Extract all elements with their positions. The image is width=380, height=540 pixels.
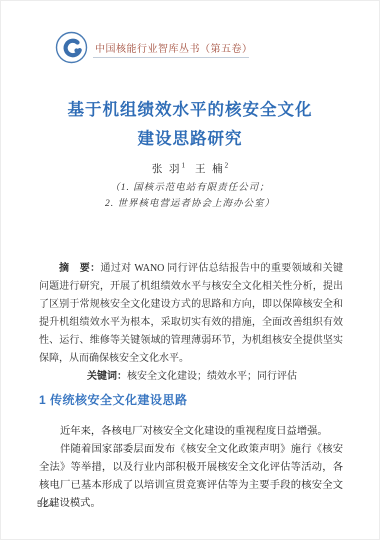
header-divider bbox=[93, 57, 249, 58]
page-number: 524 bbox=[37, 499, 55, 509]
author-1-affiliation-mark: 1 bbox=[182, 162, 186, 170]
series-title: 中国核能行业智库丛书（第五卷） bbox=[95, 40, 253, 55]
keywords-label: 关键词： bbox=[87, 371, 127, 382]
body-paragraph-2: 伴随着国家部委层面发布《核安全文化政策声明》施行《核安全法》等举措，以及行业内部… bbox=[39, 441, 343, 513]
author-1: 张 羽1 bbox=[152, 164, 185, 175]
affiliation-line-1: （1. 国核示范电站有限责任公司； bbox=[1, 180, 379, 196]
abstract-paragraph: 摘 要：通过对 WANO 同行评估总结报告中的重要领域和关键问题进行研究，开展了… bbox=[39, 260, 343, 368]
section-heading-1: 1 传统核安全文化建设思路 bbox=[39, 391, 188, 408]
author-2-affiliation-mark: 2 bbox=[225, 162, 229, 170]
abstract-text: 通过对 WANO 同行评估总结报告中的重要领域和关键问题进行研究，开展了机组绩效… bbox=[39, 263, 343, 364]
article-title-line2: 建设思路研究 bbox=[1, 125, 379, 154]
author-line: 张 羽1王 楠2 bbox=[1, 161, 379, 176]
body-paragraph-1: 近年来，各核电厂对核安全文化建设的重视程度日益增强。 bbox=[39, 423, 343, 441]
page-header: 中国核能行业智库丛书（第五卷） bbox=[1, 29, 379, 63]
body-content: 近年来，各核电厂对核安全文化建设的重视程度日益增强。 伴随着国家部委层面发布《核… bbox=[39, 423, 343, 513]
document-page: 中国核能行业智库丛书（第五卷） 基于机组绩效水平的核安全文化 建设思路研究 张 … bbox=[0, 0, 380, 540]
abstract-label: 摘 要： bbox=[59, 263, 100, 274]
affiliation-line-2: 2. 世界核电营运者协会上海办公室） bbox=[1, 196, 379, 212]
abstract-block: 摘 要：通过对 WANO 同行评估总结报告中的重要领域和关键问题进行研究，开展了… bbox=[39, 260, 343, 386]
keywords-line: 关键词：核安全文化建设；绩效水平；同行评估 bbox=[39, 368, 343, 386]
affiliations: （1. 国核示范电站有限责任公司； 2. 世界核电营运者协会上海办公室） bbox=[1, 180, 379, 212]
keywords-text: 核安全文化建设；绩效水平；同行评估 bbox=[127, 371, 297, 382]
article-title: 基于机组绩效水平的核安全文化 建设思路研究 bbox=[1, 96, 379, 154]
author-2: 王 楠2 bbox=[195, 164, 228, 175]
article-title-line1: 基于机组绩效水平的核安全文化 bbox=[1, 96, 379, 125]
publisher-logo-icon bbox=[55, 31, 88, 64]
